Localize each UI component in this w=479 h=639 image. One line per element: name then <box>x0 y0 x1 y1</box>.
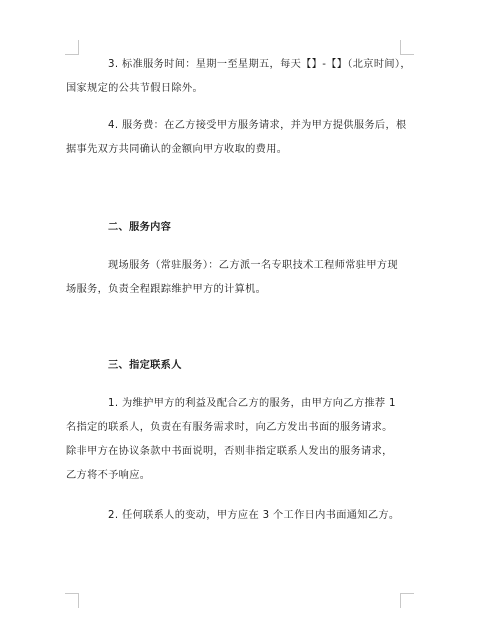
onsite-service-line-2: 场服务，负责全程跟踪维护甲方的计算机。 <box>66 282 416 298</box>
page-corner-mark-top-right <box>400 40 414 55</box>
document-page: 3. 标准服务时间：星期一至星期五，每天【】-【】（北京时间）， 国家规定的公共… <box>0 0 479 639</box>
contact-1-line-3: 除非甲方在协议条款中书面说明，否则非指定联系人发出的服务请求， <box>66 444 416 460</box>
page-corner-mark-top-left <box>65 40 79 55</box>
service-time-line-2: 国家规定的公共节假日除外。 <box>66 81 416 97</box>
section-2-heading: 二、服务内容 <box>108 220 416 236</box>
section-3-heading: 三、指定联系人 <box>108 358 416 374</box>
contact-1-line-4: 乙方将不予响应。 <box>66 468 416 484</box>
contact-1-line-2: 名指定的联系人，负责在有服务需求时，向乙方发出书面的服务请求。 <box>66 420 416 436</box>
service-fee-line-1: 4. 服务费：在乙方接受甲方服务请求，并为甲方提供服务后，根 <box>108 118 416 134</box>
contact-1-line-1: 1. 为维护甲方的利益及配合乙方的服务，由甲方向乙方推荐 1 <box>108 396 416 412</box>
service-time-line-1: 3. 标准服务时间：星期一至星期五，每天【】-【】（北京时间）， <box>108 57 416 73</box>
page-corner-mark-bottom-right <box>400 593 414 608</box>
page-corner-mark-bottom-left <box>65 593 79 608</box>
contact-2-line-1: 2. 任何联系人的变动，甲方应在 3 个工作日内书面通知乙方。 <box>108 508 416 524</box>
onsite-service-line-1: 现场服务（常驻服务）：乙方派一名专职技术工程师常驻甲方现 <box>108 258 416 274</box>
service-fee-line-2: 据事先双方共同确认的金额向甲方收取的费用。 <box>66 142 416 158</box>
